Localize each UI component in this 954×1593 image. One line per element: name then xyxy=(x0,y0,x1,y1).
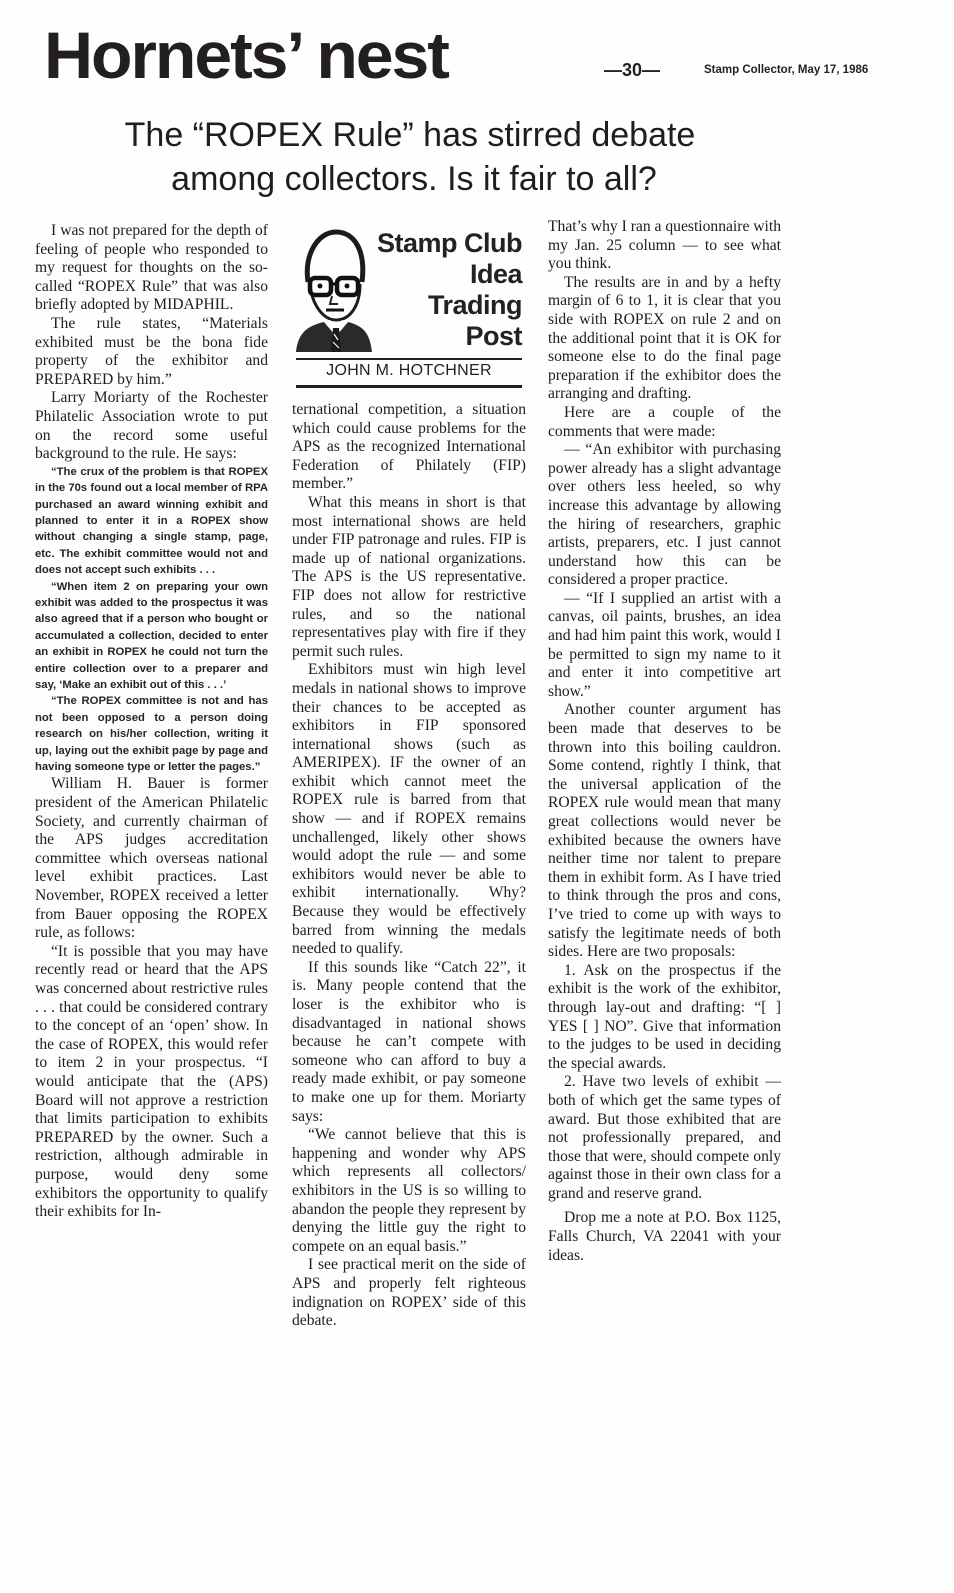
page-number: —30— xyxy=(604,60,660,81)
paragraph: I was not prepared for the depth of feel… xyxy=(35,222,268,315)
paragraph: “We cannot believe that this is happenin… xyxy=(292,1126,526,1256)
column-logo: Stamp Club Idea Trading Post JOHN M. HOT… xyxy=(288,218,524,388)
quoted-paragraph: “The crux of the problem is that ROPEX i… xyxy=(35,464,268,579)
paragraph: — “If I supplied an artist with a canvas… xyxy=(548,590,781,702)
paragraph: 1. Ask on the prospectus if the exhibit … xyxy=(548,962,781,1074)
article-column-3: That’s why I ran a questionnaire with my… xyxy=(548,218,781,1265)
author-byline: JOHN M. HOTCHNER xyxy=(296,362,522,380)
paragraph: The results are in and by a hefty margin… xyxy=(548,274,781,404)
headline-deck-line-2: among collectors. Is it fair to all? xyxy=(4,158,824,201)
article-column-2: ternational competition, a situation whi… xyxy=(292,401,526,1331)
logo-title-line: Idea xyxy=(377,259,522,290)
divider-rule xyxy=(296,385,522,388)
paragraph: Larry Moriarty of the Rochester Philatel… xyxy=(35,389,268,463)
logo-title-line: Trading xyxy=(377,290,522,321)
paragraph: Exhibitors must win high level medals in… xyxy=(292,661,526,959)
author-portrait-icon xyxy=(296,224,372,356)
quoted-paragraph: “When item 2 on preparing your own exhib… xyxy=(35,579,268,694)
paragraph: — “An exhibitor with purchasing power al… xyxy=(548,441,781,590)
paragraph: I see practical merit on the side of APS… xyxy=(292,1256,526,1330)
closing-paragraph: Drop me a note at P.O. Box 1125, Falls C… xyxy=(548,1209,781,1265)
paragraph-continued: ternational competition, a situation whi… xyxy=(292,401,526,494)
publication-dateline: Stamp Collector, May 17, 1986 xyxy=(704,64,868,76)
logo-title-line: Stamp Club xyxy=(377,228,522,259)
paragraph-continued: That’s why I ran a questionnaire with my… xyxy=(548,218,781,274)
paragraph: Here are a couple of the comments that w… xyxy=(548,404,781,441)
article-column-1: I was not prepared for the depth of feel… xyxy=(35,222,268,1222)
headline-deck-line-1: The “ROPEX Rule” has stirred debate xyxy=(0,114,820,157)
paragraph: If this sounds like “Catch 22”, it is. M… xyxy=(292,959,526,1126)
paragraph: William H. Bauer is former president of … xyxy=(35,775,268,942)
logo-title-line: Post xyxy=(377,321,522,352)
column-logo-title: Stamp Club Idea Trading Post xyxy=(377,228,522,352)
masthead-title: Hornets’ nest xyxy=(44,22,448,88)
divider-rule xyxy=(296,358,522,360)
paragraph: “It is possible that you may have recent… xyxy=(35,943,268,1222)
quoted-paragraph: “The ROPEX committee is not and has not … xyxy=(35,693,268,775)
paragraph: The rule states, “Materials exhibited mu… xyxy=(35,315,268,389)
newspaper-page: Hornets’ nest —30— Stamp Collector, May … xyxy=(0,0,954,1593)
paragraph: Another counter argument has been made t… xyxy=(548,701,781,961)
paragraph: 2. Have two levels of exhibit — both of … xyxy=(548,1073,781,1203)
paragraph: What this means in short is that most in… xyxy=(292,494,526,661)
